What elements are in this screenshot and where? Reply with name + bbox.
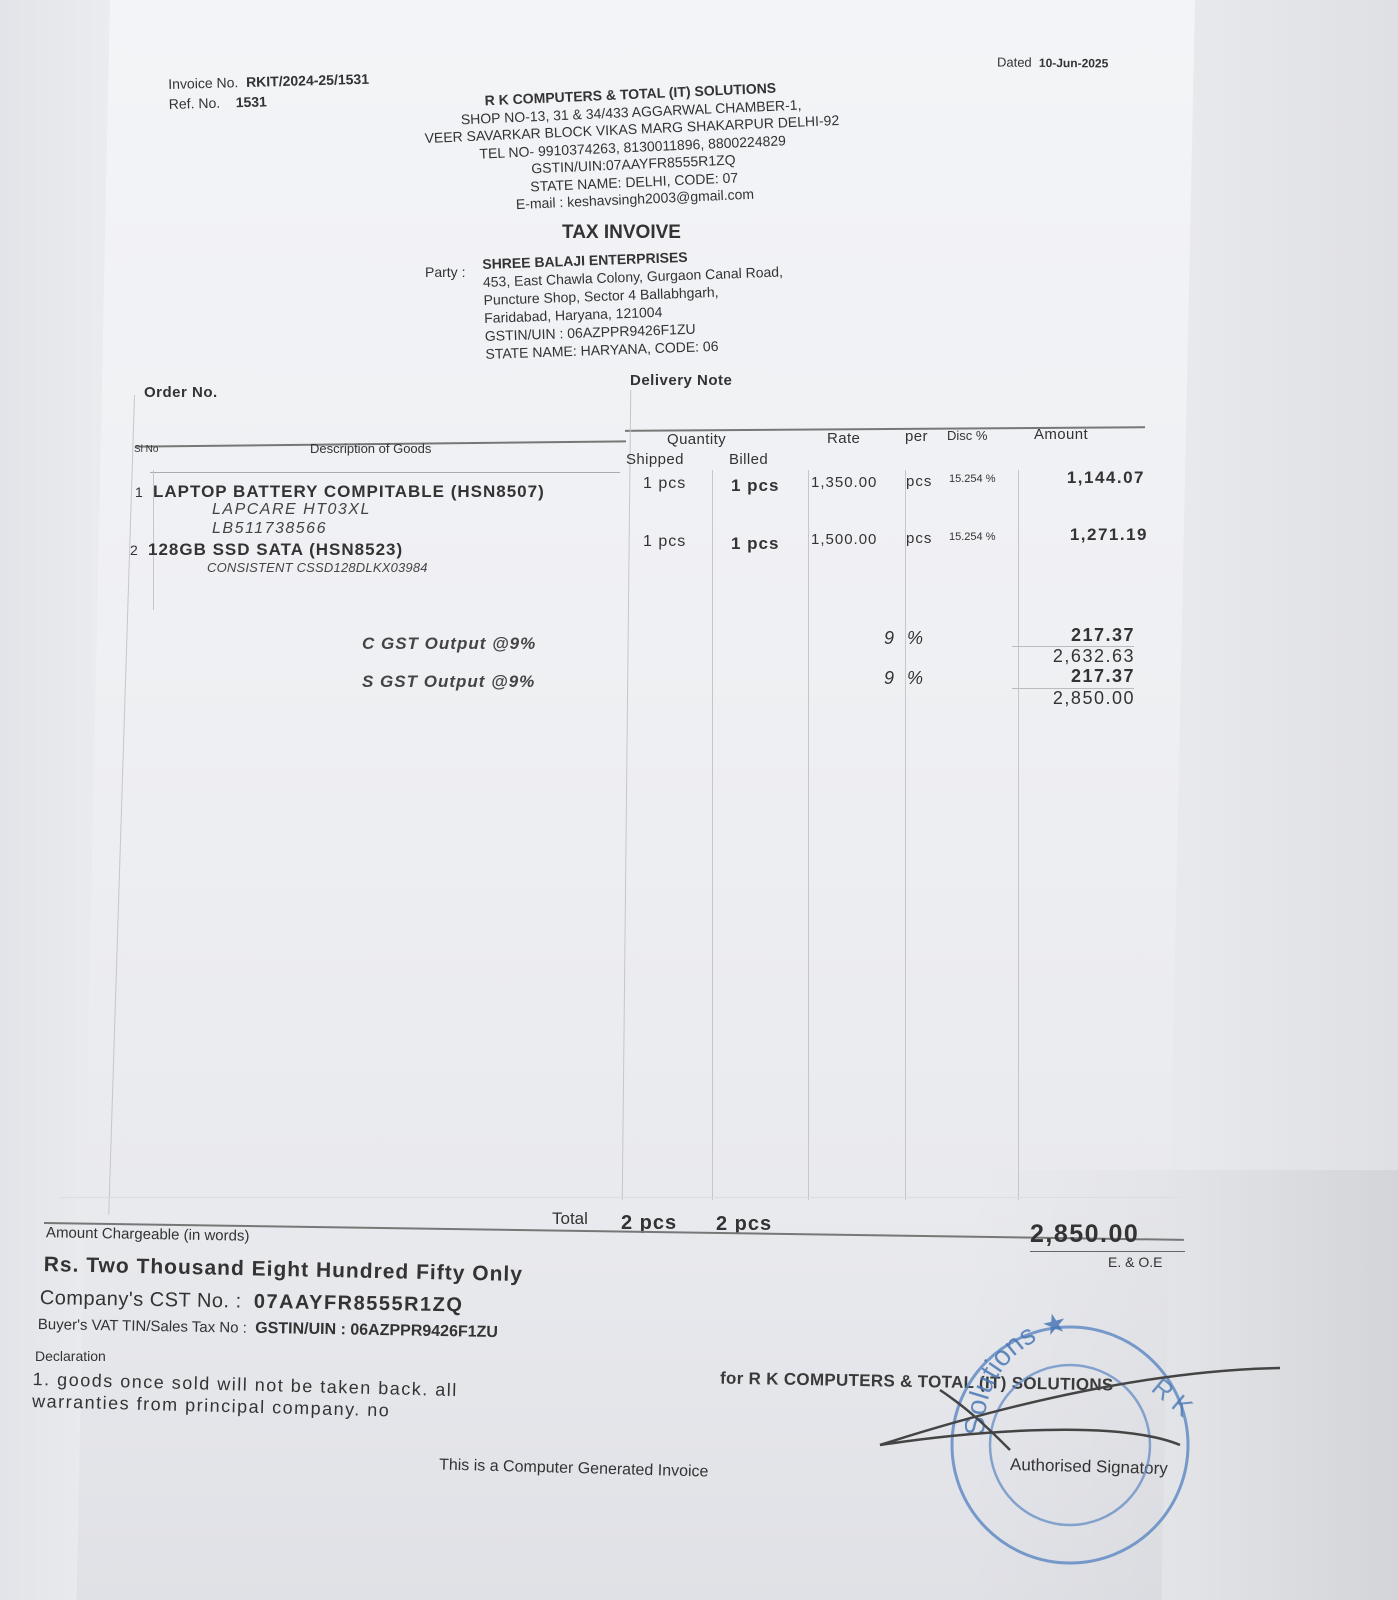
invoice-meta: Invoice No. RKIT/2024-25/1531 Ref. No. 1… [168, 69, 370, 114]
row-2-sl: 2 [130, 542, 139, 558]
header-sl: Sl No [134, 444, 158, 455]
row-1-shipped: 1 pcs [643, 475, 686, 493]
row-2-billed: 1 pcs [731, 534, 779, 554]
signature-icon [860, 1350, 1300, 1470]
document-title: TAX INVOIVE [562, 222, 681, 244]
company-cst-value: 07AAYFR8555R1ZQ [254, 1291, 464, 1317]
total-label: Total [552, 1209, 588, 1229]
party-block: SHREE BALAJI ENTERPRISES 453, East Chawl… [482, 245, 786, 363]
invoice-date: Dated 10-Jun-2025 [997, 55, 1108, 71]
sgst-rate: 9 % [884, 668, 927, 689]
total-top-rule [60, 1197, 1180, 1198]
col-divider [905, 470, 906, 1200]
header-description: Description of Goods [310, 441, 431, 456]
cgst-running-total: 2,632.63 [1005, 646, 1135, 667]
ref-no: 1531 [235, 93, 267, 110]
buyer-tin-label: Buyer's VAT TIN/Sales Tax No : [38, 1316, 247, 1337]
invoice-no-label: Invoice No. [168, 74, 238, 92]
header-billed: Billed [729, 451, 768, 468]
row-1-amount: 1,144.07 [1015, 468, 1145, 488]
row-2-per: pcs [906, 530, 932, 547]
row-2-subline-1: CONSISTENT CSSD128DLKX03984 [207, 560, 428, 575]
invoice-no: RKIT/2024-25/1531 [246, 71, 369, 90]
row-2-shipped: 1 pcs [643, 533, 686, 551]
ref-no-label: Ref. No. [169, 95, 221, 112]
row-1-rate: 1,350.00 [811, 474, 877, 491]
cgst-label: C GST Output @9% [362, 634, 536, 654]
row-2-amount: 1,271.19 [1018, 525, 1148, 545]
cgst-rate: 9 % [884, 628, 927, 649]
grand-total-rule [1030, 1251, 1185, 1252]
eoe-note: E. & O.E [1108, 1254, 1162, 1270]
grand-total: 2,850.00 [1030, 1220, 1139, 1249]
declaration-label: Declaration [35, 1348, 106, 1364]
company-cst-label: Company's CST No. : [40, 1287, 242, 1313]
header-rate: Rate [827, 430, 860, 447]
col-divider [1018, 470, 1019, 1200]
sgst-label: S GST Output @9% [362, 672, 535, 692]
cgst-amount: 217.37 [1005, 625, 1135, 646]
amount-words-label: Amount Chargeable (in words) [46, 1224, 250, 1245]
sl-rule [150, 472, 620, 473]
dated-value: 10-Jun-2025 [1039, 56, 1108, 71]
header-shipped: Shipped [626, 451, 684, 468]
seller-block: R K COMPUTERS & TOTAL (IT) SOLUTIONS SHO… [380, 75, 885, 219]
row-2-rate: 1,500.00 [811, 531, 877, 548]
header-disc: Disc % [947, 428, 987, 443]
row-1-disc: 15.254 % [949, 473, 995, 485]
row-1-billed: 1 pcs [731, 476, 779, 496]
party-label: Party : [425, 264, 465, 280]
header-quantity: Quantity [667, 431, 726, 448]
row-1-subline-1: LAPCARE HT03XL [212, 501, 371, 519]
row-2-description: 128GB SSD SATA (HSN8523) [148, 540, 403, 560]
delivery-note-label: Delivery Note [630, 372, 732, 389]
row-2-disc: 15.254 % [949, 531, 995, 543]
order-no-label: Order No. [144, 384, 218, 401]
col-divider [712, 470, 713, 1200]
buyer-tin-value: GSTIN/UIN : 06AZPPR9426F1ZU [255, 1320, 498, 1341]
dated-label: Dated [997, 55, 1032, 70]
sgst-running-total: 2,850.00 [1005, 688, 1135, 709]
row-1-subline-2: LB511738566 [212, 520, 327, 538]
col-divider [808, 470, 809, 1200]
row-1-description: LAPTOP BATTERY COMPITABLE (HSN8507) [153, 482, 545, 502]
sgst-amount: 217.37 [1005, 666, 1135, 687]
header-per: per [905, 428, 928, 445]
row-1-sl: 1 [135, 484, 144, 500]
header-amount: Amount [1034, 426, 1088, 443]
row-1-per: pcs [906, 473, 932, 490]
